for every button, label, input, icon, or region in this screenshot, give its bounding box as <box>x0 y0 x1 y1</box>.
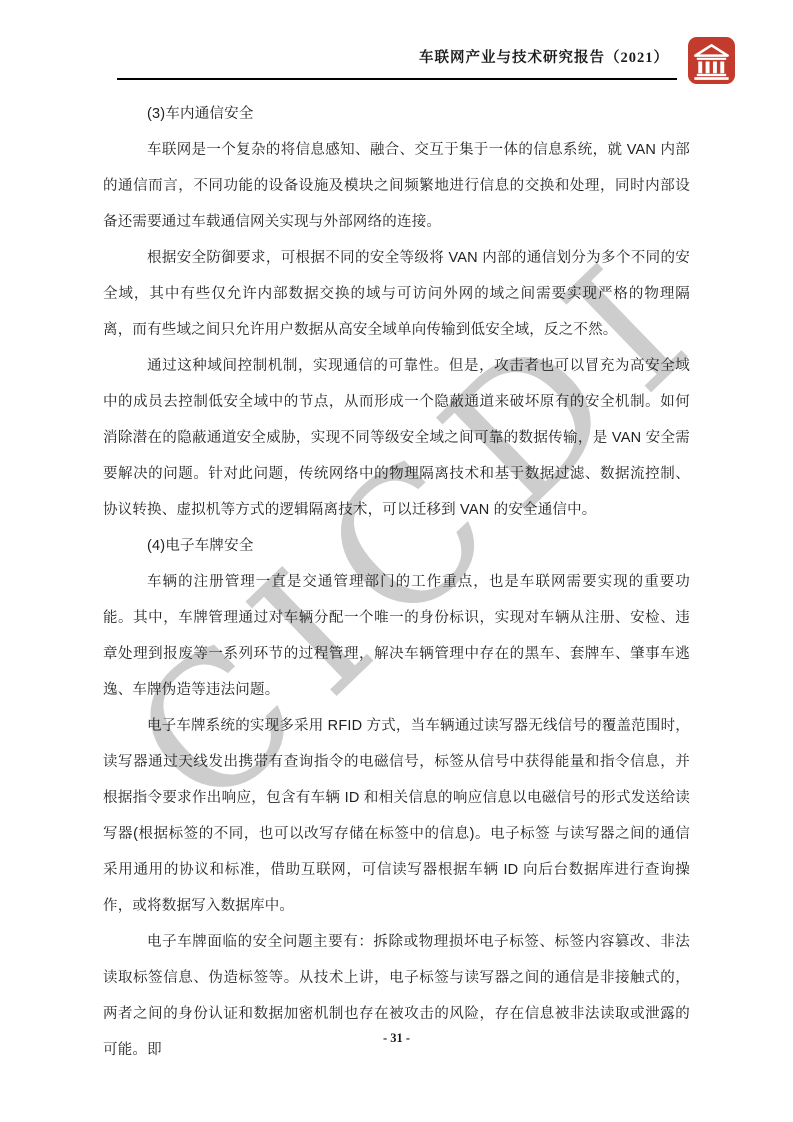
institution-building-logo-icon <box>688 37 735 84</box>
header-divider-line <box>117 78 677 80</box>
section-heading-in-vehicle-comm-security: (3)车内通信安全 <box>103 96 690 132</box>
paragraph: 车联网是一个复杂的将信息感知、融合、交互于集于一体的信息系统，就 VAN 内部的… <box>103 132 690 240</box>
document-body: (3)车内通信安全 车联网是一个复杂的将信息感知、融合、交互于集于一体的信息系统… <box>103 96 690 1068</box>
paragraph: 通过这种域间控制机制，实现通信的可靠性。但是，攻击者也可以冒充为高安全域中的成员… <box>103 348 690 528</box>
paragraph: 电子车牌面临的安全问题主要有：拆除或物理损坏电子标签、标签内容篡改、非法读取标签… <box>103 924 690 1068</box>
header-report-title: 车联网产业与技术研究报告（2021） <box>419 46 669 67</box>
document-page: CICDI 车联网产业与技术研究报告（2021） (3)车内通信安全 车联网是一… <box>0 0 793 1122</box>
page-number: - 31 - <box>0 1031 793 1046</box>
paragraph: 车辆的注册管理一直是交通管理部门的工作重点，也是车联网需要实现的重要功能。其中，… <box>103 564 690 708</box>
paragraph: 根据安全防御要求，可根据不同的安全等级将 VAN 内部的通信划分为多个不同的安全… <box>103 240 690 348</box>
paragraph: 电子车牌系统的实现多采用 RFID 方式，当车辆通过读写器无线信号的覆盖范围时，… <box>103 708 690 924</box>
section-heading-electronic-license-plate-security: (4)电子车牌安全 <box>103 528 690 564</box>
